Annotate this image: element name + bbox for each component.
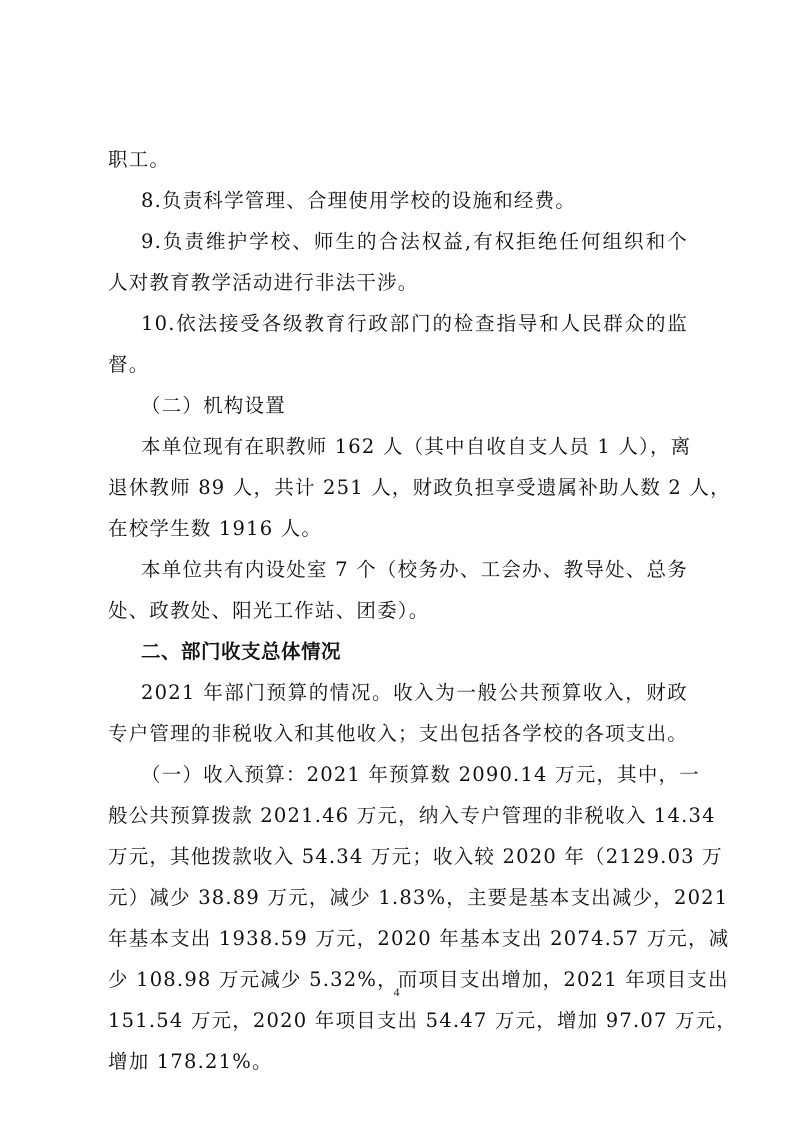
- income-paragraph-line-8: 增加 178.21%。: [108, 1049, 688, 1075]
- page-number: 4: [0, 985, 793, 1000]
- section-heading-organization: （二）机构设置: [141, 393, 688, 419]
- income-paragraph-line-2: 般公共预算拨款 2021.46 万元，纳入专户管理的非税收入 14.34: [108, 803, 688, 829]
- section-heading-budget-overview: 二、部门收支总体情况: [141, 639, 688, 665]
- document-page: 职工。 8.负责科学管理、合理使用学校的设施和经费。 9.负责维护学校、师生的合…: [0, 0, 793, 1122]
- offices-paragraph-line-2: 处、政教处、阳光工作站、团委）。: [108, 598, 688, 624]
- text-line-1: 职工。: [108, 147, 688, 173]
- income-paragraph-line-4: 元）减少 38.89 万元，减少 1.83%，主要是基本支出减少，2021: [108, 885, 688, 911]
- income-paragraph-line-1: （一）收入预算：2021 年预算数 2090.14 万元，其中，一: [141, 762, 688, 788]
- income-paragraph-line-5: 年基本支出 1938.59 万元，2020 年基本支出 2074.57 万元，减: [108, 926, 688, 952]
- staff-paragraph-line-2: 退休教师 89 人，共计 251 人，财政负担享受遗属补助人数 2 人，: [108, 475, 688, 501]
- duty-item-10: 10.依法接受各级教育行政部门的检查指导和人民群众的监: [141, 311, 688, 337]
- budget-paragraph-line-2: 专户管理的非税收入和其他收入；支出包括各学校的各项支出。: [108, 721, 688, 747]
- income-paragraph-line-3: 万元，其他拨款收入 54.34 万元；收入较 2020 年（2129.03 万: [108, 844, 688, 870]
- staff-paragraph-line-3: 在校学生数 1916 人。: [108, 516, 688, 542]
- duty-item-9: 9.负责维护学校、师生的合法权益,有权拒绝任何组织和个: [141, 229, 688, 255]
- duty-item-8: 8.负责科学管理、合理使用学校的设施和经费。: [141, 188, 688, 214]
- duty-item-9-cont: 人对教育教学活动进行非法干涉。: [108, 270, 688, 296]
- staff-paragraph-line-1: 本单位现有在职教师 162 人（其中自收自支人员 1 人），离: [141, 434, 688, 460]
- offices-paragraph-line-1: 本单位共有内设处室 7 个（校务办、工会办、教导处、总务: [141, 557, 688, 583]
- budget-paragraph-line-1: 2021 年部门预算的情况。收入为一般公共预算收入，财政: [141, 680, 688, 706]
- duty-item-10-cont: 督。: [108, 352, 688, 378]
- income-paragraph-line-7: 151.54 万元，2020 年项目支出 54.47 万元，增加 97.07 万…: [108, 1008, 688, 1034]
